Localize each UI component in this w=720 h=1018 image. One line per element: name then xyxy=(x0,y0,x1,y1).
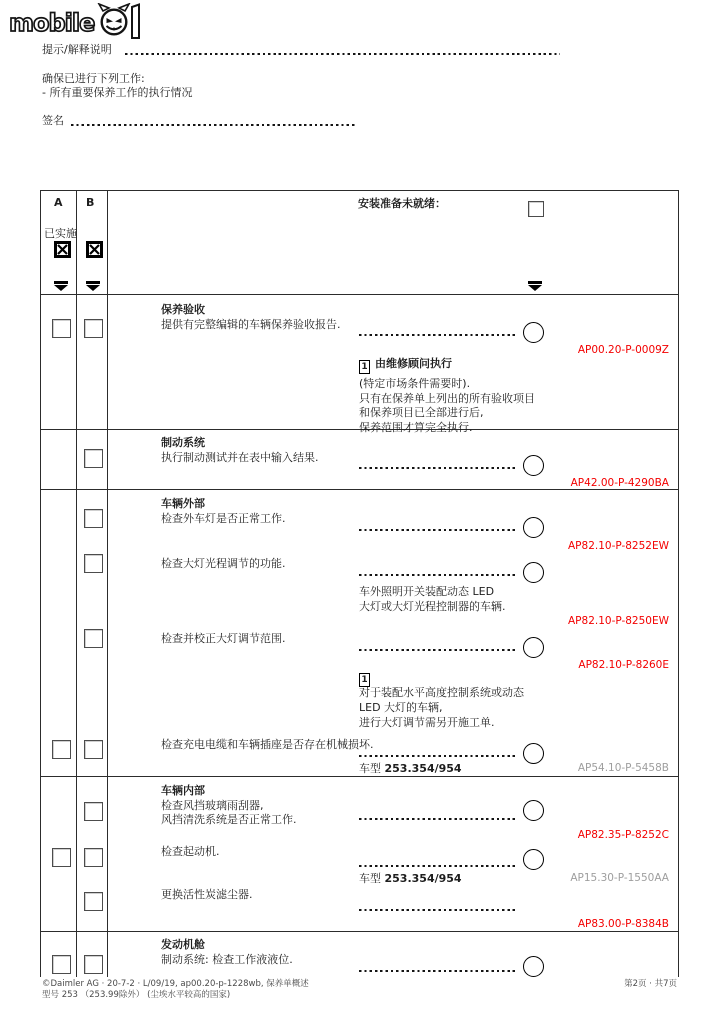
footer-page-info: 第2页 · 共7页 xyxy=(624,979,677,990)
footer-model-info: 型号 253 （253.99除外） (尘埃水平较高的国家) xyxy=(42,990,230,1001)
hint-label: 提示/解释说明 xyxy=(42,43,112,58)
fill-in-dotted-line xyxy=(359,574,515,576)
logo-wordmark: mobile xyxy=(9,9,95,37)
signature-label: 签名 xyxy=(42,114,64,129)
checkbox-b xyxy=(84,892,103,911)
ap-code: AP82.10-P-8260E xyxy=(578,659,669,671)
ap-code: AP82.35-P-8252C xyxy=(578,829,669,841)
item-desc: 风挡清洗系统是否正常工作. xyxy=(161,813,297,828)
confirm-circle xyxy=(523,517,544,538)
footnote-1-icon: 1 xyxy=(359,360,370,374)
checkbox-a xyxy=(52,955,71,974)
ensure-line-2: - 所有重要保养工作的执行情况 xyxy=(42,86,192,101)
fill-in-dotted-line xyxy=(359,467,515,469)
item-desc: 检查风挡玻璃雨刮器, xyxy=(161,799,264,814)
fill-in-dotted-line xyxy=(359,818,515,820)
model-value: 253.354/954 xyxy=(385,872,462,885)
checkbox-a xyxy=(52,848,71,867)
checkbox-b xyxy=(84,848,103,867)
column-a-label: A xyxy=(54,196,63,211)
note-line: 车外照明开关装配动态 LED xyxy=(359,585,494,600)
confirm-circle xyxy=(523,562,544,583)
ap-code: AP82.10-P-8252EW xyxy=(568,540,669,552)
fill-in-dotted-line xyxy=(359,755,515,757)
item-desc: 检查充电电缆和车辆插座是否存在机械损坏. xyxy=(161,738,374,753)
model-line: 车型 253.354/954 xyxy=(359,872,462,887)
item-desc: 检查起动机. xyxy=(161,845,220,860)
model-label: 车型 xyxy=(359,762,381,775)
confirm-circle xyxy=(523,743,544,764)
confirm-circle xyxy=(523,800,544,821)
section-title: 发动机舱 xyxy=(161,938,205,953)
column-b-label: B xyxy=(86,196,94,211)
fill-in-dotted-line xyxy=(359,334,515,336)
note-line: 只有在保养单上列出的所有验收项目 xyxy=(359,392,535,407)
column-divider-b-content xyxy=(107,191,108,977)
mobile01-logo-graphic: mobile xyxy=(8,3,150,41)
section-title: 保养验收 xyxy=(161,303,205,318)
section-title: 车辆外部 xyxy=(161,497,205,512)
checkbox-b xyxy=(84,629,103,648)
fill-in-dotted-line xyxy=(359,529,515,531)
note-line: 保养范围才算完全执行. xyxy=(359,421,473,436)
fill-in-dotted-line xyxy=(359,865,515,867)
ap-code: AP83.00-P-8384B xyxy=(578,918,669,930)
section-title: 制动系统 xyxy=(161,436,205,451)
checkbox-b xyxy=(84,802,103,821)
note-line: 进行大灯调节需另开施工单. xyxy=(359,716,495,731)
arrow-down-icon xyxy=(54,281,68,291)
fill-in-dotted-line xyxy=(359,909,515,911)
checkbox-b xyxy=(84,449,103,468)
not-ready-checkbox xyxy=(528,201,544,217)
ap-code: AP15.30-P-1550AA xyxy=(570,872,669,884)
item-desc: 检查外车灯是否正常工作. xyxy=(161,512,286,527)
row-divider-2 xyxy=(41,489,678,490)
maintenance-sheet-page: mobile 提示/解释说明 确保已进行下列工作: - 所有重要保养工作的执行情… xyxy=(0,0,720,1018)
confirm-circle xyxy=(523,956,544,977)
ap-code: AP00.20-P-0009Z xyxy=(578,344,669,356)
checkbox-b xyxy=(84,509,103,528)
ap-code: AP42.00-P-4290BA xyxy=(571,477,669,489)
checkbox-a xyxy=(52,319,71,338)
confirm-circle xyxy=(523,455,544,476)
header-divider xyxy=(41,294,678,295)
model-line: 车型 253.354/954 xyxy=(359,762,462,777)
devil-face-icon xyxy=(99,4,129,34)
x-mark-icon xyxy=(89,244,100,255)
note-line: 对于装配水平高度控制系统或动态 xyxy=(359,686,524,701)
confirm-circle xyxy=(523,849,544,870)
x-mark-icon xyxy=(57,244,68,255)
signature-dotted-line xyxy=(71,124,355,126)
hint-dotted-line xyxy=(125,53,560,55)
note-line: (特定市场条件需要时). xyxy=(359,377,470,392)
arrow-down-icon xyxy=(86,281,100,291)
model-value: 253.354/954 xyxy=(385,762,462,775)
section-title: 车辆内部 xyxy=(161,784,205,799)
fill-in-dotted-line xyxy=(359,649,515,651)
ap-code: AP54.10-P-5458B xyxy=(578,762,669,774)
note-title: 由维修顾问执行 xyxy=(375,357,452,370)
item-desc: 制动系统: 检查工作液液位. xyxy=(161,953,293,968)
checklist-table: A B 安装准备未就绪： 已实施 保养验收 提供有完整编辑的车辆保养验收报告. … xyxy=(40,190,679,977)
footnote-marker-row: 1 xyxy=(359,670,375,687)
note-title-row: 1由维修顾问执行 xyxy=(359,357,452,374)
checkbox-b xyxy=(84,319,103,338)
checkbox-a xyxy=(52,740,71,759)
item-desc: 提供有完整编辑的车辆保养验收报告. xyxy=(161,318,341,333)
checkbox-b xyxy=(84,554,103,573)
fill-in-dotted-line xyxy=(359,970,515,972)
footer-copyright: ©Daimler AG · 20-7-2 · L/09/19, ap00.20-… xyxy=(42,979,309,990)
mobile01-logo: mobile xyxy=(8,3,150,45)
item-desc: 检查大灯光程调节的功能. xyxy=(161,557,286,572)
item-desc: 检查并校正大灯调节范围. xyxy=(161,632,286,647)
model-label: 车型 xyxy=(359,872,381,885)
note-line: 大灯或大灯光程控制器的车辆. xyxy=(359,600,506,615)
column-divider-a-b xyxy=(76,191,77,977)
checkbox-b xyxy=(84,955,103,974)
confirm-circle xyxy=(523,322,544,343)
done-checkbox-a-checked xyxy=(54,241,71,258)
row-divider-4 xyxy=(41,931,678,932)
done-label: 已实施 xyxy=(44,227,77,242)
done-checkbox-b-checked xyxy=(86,241,103,258)
note-line: LED 大灯的车辆, xyxy=(359,701,443,716)
arrow-down-icon xyxy=(528,281,542,291)
note-line: 和保养项目已全部进行后, xyxy=(359,406,484,421)
ensure-line-1: 确保已进行下列工作: xyxy=(42,72,145,87)
ap-code: AP82.10-P-8250EW xyxy=(568,615,669,627)
footnote-1-icon: 1 xyxy=(359,673,370,687)
not-ready-label: 安装准备未就绪： xyxy=(358,197,446,212)
confirm-circle xyxy=(523,637,544,658)
checkbox-b xyxy=(84,740,103,759)
item-desc: 更换活性炭滤尘器. xyxy=(161,888,253,903)
item-desc: 执行制动测试并在表中输入结果. xyxy=(161,451,319,466)
